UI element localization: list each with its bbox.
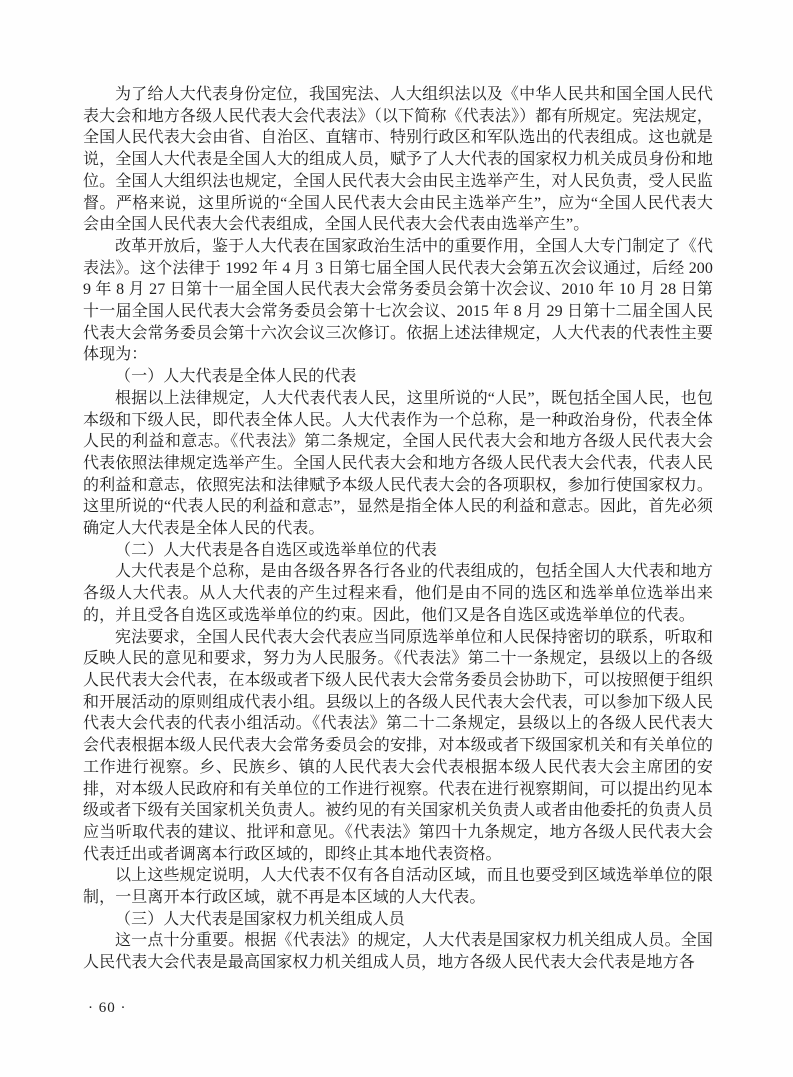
paragraph-section-3-body: 这一点十分重要。根据《代表法》的规定，人大代表是国家权力机关组成人员。全国人民代…	[83, 930, 713, 973]
document-page: 为了给人大代表身份定位，我国宪法、人大组织法以及《中华人民共和国全国人民代表大会…	[0, 0, 793, 1077]
paragraph-section-2-body-2: 宪法要求，全国人民代表大会代表应当同原选举单位和人民保持密切的联系，听取和反映人…	[83, 627, 713, 866]
paragraph-section-2-body-1: 人大代表是个总称，是由各级各界各行各业的代表组成的，包括全国人大代表和地方各级人…	[83, 561, 713, 626]
paragraph-intro: 为了给人大代表身份定位，我国宪法、人大组织法以及《中华人民共和国全国人民代表大会…	[83, 84, 713, 236]
text-body: 为了给人大代表身份定位，我国宪法、人大组织法以及《中华人民共和国全国人民代表大会…	[83, 84, 713, 974]
heading-section-3: （三）人大代表是国家权力机关组成人员	[83, 909, 713, 931]
heading-section-1: （一）人大代表是全体人民的代表	[83, 366, 713, 388]
page-number: · 60 ·	[88, 998, 127, 1018]
paragraph-section-1-body: 根据以上法律规定，人大代表代表人民，这里所说的“人民”，既包括全国人民，也包本级…	[83, 388, 713, 540]
paragraph-law-history: 改革开放后，鉴于人大代表在国家政治生活中的重要作用，全国人大专门制定了《代表法》…	[83, 236, 713, 366]
heading-section-2: （二）人大代表是各自选区或选举单位的代表	[83, 540, 713, 562]
paragraph-section-2-body-3: 以上这些规定说明，人大代表不仅有各自活动区域，而且也要受到区域选举单位的限制，一…	[83, 865, 713, 908]
